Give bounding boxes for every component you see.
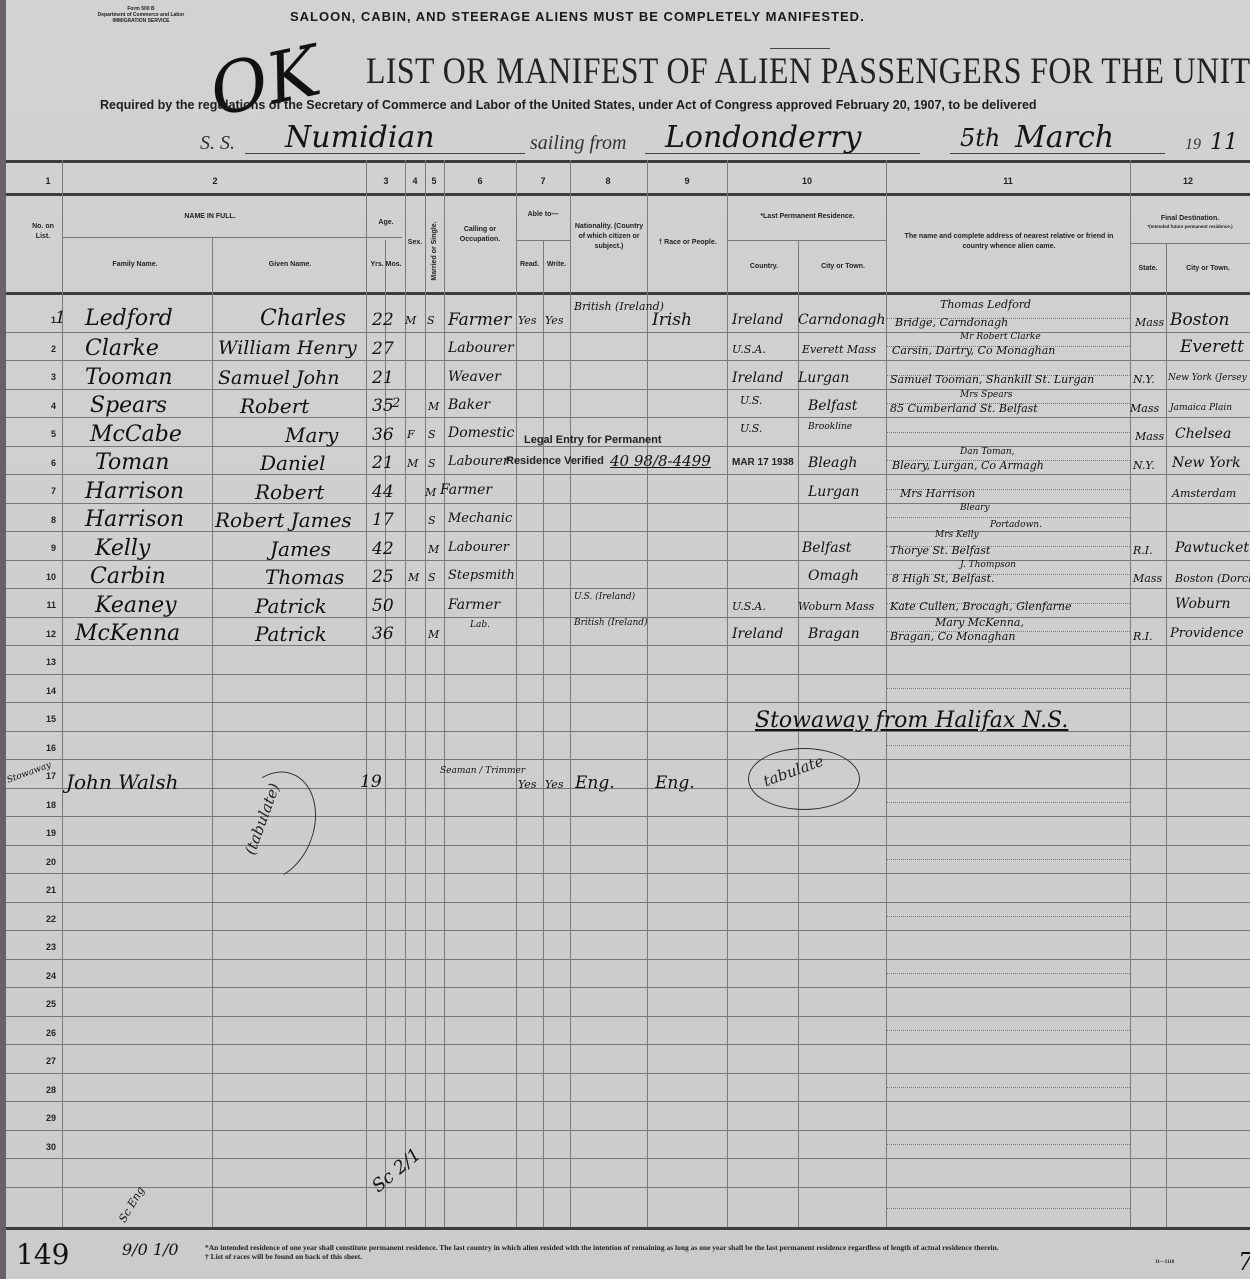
given-name: Robert [240, 394, 309, 418]
family-name: Harrison [85, 479, 184, 504]
given-name: James [270, 537, 331, 561]
tally-fraction: 9/0 1/0 [122, 1240, 179, 1259]
dest-state: R.I. [1133, 544, 1153, 557]
marital-status: S [428, 457, 436, 470]
dest-city: New York (Jersey City) [1168, 373, 1250, 383]
age: 35 [372, 396, 394, 416]
header-yrs-mos: Yrs. Mos. [366, 260, 406, 270]
country: U.S. [740, 422, 762, 435]
header-last-residence: *Last Permanent Residence. [730, 212, 885, 222]
footnote-races: † List of races will be found on back of… [205, 1252, 999, 1261]
header-no-on-list: No. on List. [28, 222, 58, 242]
dest-state: Mass [1130, 402, 1159, 415]
form-code: 11—1118 [1155, 1258, 1174, 1267]
header-bottom-rule [6, 292, 1250, 295]
relative-address: Kate Cullen, Brocagh, Glenfarne [890, 600, 1072, 613]
departure-port: Londonderry [665, 120, 861, 155]
city: Belfast [802, 540, 851, 556]
occupation: Farmer [448, 310, 511, 330]
header-final-destination-note: *(Intended future permanent residence.) [1132, 224, 1248, 229]
read: Yes [518, 314, 536, 327]
header-given-name: Given Name. [245, 260, 335, 270]
race: Eng. [655, 773, 695, 793]
age: 21 [372, 368, 394, 388]
city: Belfast [808, 398, 857, 414]
age: 22 [372, 310, 394, 330]
age-months: 2 [392, 396, 400, 411]
family-name: Harrison [85, 507, 184, 532]
relative-name: Mr Robert Clarke [960, 332, 1041, 342]
residence-subrule [728, 240, 886, 241]
family-name: Tooman [85, 365, 173, 390]
age: 42 [372, 539, 394, 559]
given-name: Thomas [265, 565, 344, 589]
departure-day: 5th [960, 124, 1000, 152]
dest-city: Providence [1170, 626, 1244, 641]
family-name: Clarke [85, 336, 159, 361]
occupation: Seaman / Trimmer [440, 766, 525, 776]
age: 27 [372, 339, 394, 359]
relative-address: Thorye St. Belfast [890, 544, 990, 557]
occupation: Labourer [448, 340, 514, 356]
relative-address: Samuel Tooman, Shankill St. Lurgan [890, 373, 1094, 386]
age: 17 [372, 510, 394, 530]
country: U.S.A. [732, 600, 766, 613]
header-nearest-relative: The name and complete address of nearest… [895, 232, 1123, 252]
relative-name: J. Thompson [960, 560, 1016, 570]
family-name: Ledford [85, 306, 173, 331]
dest-city: Jamaica Plain [1170, 403, 1232, 413]
age: 36 [372, 425, 394, 445]
year-suffix: 11 [1210, 130, 1238, 155]
manifest-warning: SALOON, CABIN, AND STEERAGE ALIENS MUST … [290, 9, 865, 24]
marital-status: S [428, 514, 436, 527]
occupation: Farmer [448, 597, 500, 613]
relative-address: Bleary [960, 503, 990, 513]
header-nationality: Nationality. (Country of which citizen o… [572, 222, 646, 252]
marital-status: M [425, 486, 436, 499]
relative-address: Bridge, Carndonagh [895, 316, 1008, 329]
given-name: Patrick [255, 594, 327, 618]
country: Ireland [732, 626, 783, 642]
header-sex: Sex. [405, 238, 425, 248]
name-subrule [62, 237, 402, 238]
form-id: Form 500 B Department of Commerce and La… [96, 6, 186, 24]
age: 44 [372, 482, 394, 502]
marital-status: M [428, 628, 439, 641]
dest-city: New York [1172, 455, 1241, 471]
stamp-reference-number: 40 98/8-4499 [610, 452, 711, 470]
country: Ireland [732, 312, 783, 328]
header-name-in-full: NAME IN FULL. [150, 212, 270, 222]
header-age: Age. [368, 218, 404, 228]
relative-address: 8 High St, Belfast. [892, 572, 994, 585]
dest-city: Woburn [1175, 596, 1231, 612]
sex: M [407, 457, 418, 470]
city: Bleagh [808, 455, 857, 471]
corner-mark: 7 [1238, 1248, 1250, 1276]
footnotes: *An intended residence of one year shall… [205, 1243, 999, 1261]
given-name: Mary [285, 423, 338, 447]
relative-name: Mary McKenna, [935, 616, 1024, 629]
marital-status: M [428, 543, 439, 556]
family-name: Toman [95, 450, 169, 475]
header-state: State. [1130, 264, 1166, 274]
scan-edge [0, 0, 6, 1279]
occupation: Lab. [470, 620, 490, 630]
header-country: Country. [730, 262, 798, 272]
given-name: Daniel [260, 451, 325, 475]
footnote-residence: *An intended residence of one year shall… [205, 1243, 999, 1252]
city: Lurgan [798, 370, 849, 386]
age: 25 [372, 567, 394, 587]
country: Ireland [732, 370, 783, 386]
sailing-from-label: sailing from [530, 132, 627, 155]
relative-address: Bleary, Lurgan, Co Armagh [892, 459, 1044, 472]
nationality: British (Ireland) [574, 618, 648, 628]
relative-name: Mrs Kelly [935, 530, 979, 540]
nationality: Eng. [575, 773, 615, 793]
city: Everett Mass [802, 343, 876, 356]
country: U.S.A. [732, 343, 766, 356]
marital-status: S [428, 428, 436, 441]
page-title: LIST OR MANIFEST OF ALIEN PASSENGERS FOR… [366, 50, 1250, 93]
city: Omagh [808, 568, 859, 584]
city: Bragan [808, 626, 860, 642]
occupation: Labourer [448, 540, 509, 555]
dest-state: N.Y. [1133, 459, 1155, 472]
marital-status: S [427, 314, 435, 327]
age: 36 [372, 624, 394, 644]
occupation: Farmer [440, 482, 492, 498]
given-name: William Henry [218, 337, 357, 359]
marital-status: S [428, 571, 436, 584]
given-name: Patrick [255, 622, 327, 646]
rule [770, 48, 830, 49]
sex: F [407, 428, 415, 441]
family-name: McKenna [75, 621, 180, 646]
dest-state: R.I. [1133, 630, 1153, 643]
sex: M [408, 571, 419, 584]
city: Brookline [808, 422, 852, 432]
given-name: Charles [260, 306, 346, 331]
header-able-to: Able to— [518, 210, 568, 220]
nationality: British (Ireland) [574, 300, 664, 313]
sex: M [405, 314, 416, 327]
header-calling: Calling or Occupation. [450, 225, 510, 245]
relative-name: Mrs Spears [960, 390, 1013, 400]
stowaway-note: Stowaway from Halifax N.S. [755, 708, 1068, 733]
dest-city: Everett [1180, 337, 1244, 357]
table-bottom-rule [6, 1227, 1250, 1230]
relative-address: Portadown. [990, 520, 1042, 530]
manifest-sheet: Form 500 B Department of Commerce and La… [0, 0, 1250, 1279]
given-name: Robert James [215, 508, 352, 532]
legal-entry-stamp-line2: Residence Verified [506, 455, 604, 467]
marital-status: M [428, 400, 439, 413]
header-married-single: Married or Single. [430, 211, 440, 291]
given-name: Samuel John [218, 367, 340, 389]
ship-name: Numidian [285, 120, 435, 155]
header-final-destination: Final Destination. [1132, 214, 1248, 224]
family-name: Carbin [90, 564, 166, 589]
dest-state: N.Y. [1133, 373, 1155, 386]
occupation: Weaver [448, 369, 501, 385]
given-name: Robert [255, 480, 324, 504]
page-subtitle: Required by the regulations of the Secre… [100, 98, 1037, 112]
age: 21 [372, 453, 394, 473]
clerk-ok-mark: OK [203, 29, 327, 132]
age: 50 [372, 596, 394, 616]
dest-city: Amsterdam [1172, 487, 1236, 500]
city: Lurgan [808, 484, 859, 500]
family-name: Kelly [95, 536, 150, 561]
service-name: IMMIGRATION SERVICE [96, 18, 186, 24]
dest-city: Pawtucket [1175, 540, 1249, 556]
header-dest-city: City or Town. [1168, 264, 1248, 274]
relative-name: Dan Toman, [960, 447, 1015, 457]
occupation: Mechanic [448, 511, 512, 526]
ss-label: S. S. [200, 132, 235, 155]
relative-name: Mrs Harrison [900, 487, 975, 500]
legal-entry-stamp-line1: Legal Entry for Permanent [524, 434, 662, 446]
family-name: Spears [90, 393, 167, 418]
tally-mark-left: Sc Eng [116, 1184, 147, 1225]
read: Yes [518, 778, 536, 791]
header-race: † Race or People. [650, 238, 725, 248]
relative-name: Thomas Ledford [940, 298, 1031, 311]
occupation: Labourer [448, 454, 509, 469]
family-name: McCabe [90, 422, 182, 447]
occupation: Baker [448, 397, 490, 413]
relative-address: Carsin, Dartry, Co Monaghan [892, 344, 1055, 357]
destination-subrule [1130, 243, 1250, 244]
colnum-rule [6, 193, 1250, 196]
relative-address: 85 Cumberland St. Belfast [890, 402, 1038, 415]
dest-city: Boston (Dorchester) [1175, 572, 1250, 585]
race: Irish [652, 310, 692, 330]
header-family-name: Family Name. [90, 260, 180, 270]
header-rule [6, 160, 1250, 163]
relative-address: Bragan, Co Monaghan [890, 630, 1015, 643]
departure-month: March [1015, 120, 1114, 155]
page-number: 149 [16, 1238, 69, 1271]
age: 19 [360, 772, 382, 792]
country: U.S. [740, 394, 762, 407]
nationality: U.S. (Ireland) [574, 592, 635, 602]
check-mark: 1 [55, 308, 66, 328]
tally-mark-center: Sc 2/1 [368, 1144, 425, 1197]
occupation: Domestic [448, 425, 514, 441]
city: Carndonagh [798, 312, 886, 328]
write: Yes [545, 778, 563, 791]
dest-city: Boston [1170, 310, 1229, 330]
dest-state: Mass [1135, 430, 1164, 443]
dest-state: Mass [1135, 316, 1164, 329]
occupation: Stepsmith [448, 568, 515, 583]
dest-city: Chelsea [1175, 426, 1231, 442]
stamp-date: MAR 17 1938 [732, 457, 794, 468]
header-write: Write. [543, 260, 570, 270]
family-name: Keaney [95, 593, 177, 618]
family-name: John Walsh [66, 770, 178, 794]
header-city-town: City or Town. [800, 262, 886, 272]
city: Woburn Mass [798, 600, 874, 613]
year-prefix: 19 [1185, 136, 1201, 154]
dest-state: Mass [1133, 572, 1162, 585]
header-read: Read. [516, 260, 543, 270]
write: Yes [545, 314, 563, 327]
